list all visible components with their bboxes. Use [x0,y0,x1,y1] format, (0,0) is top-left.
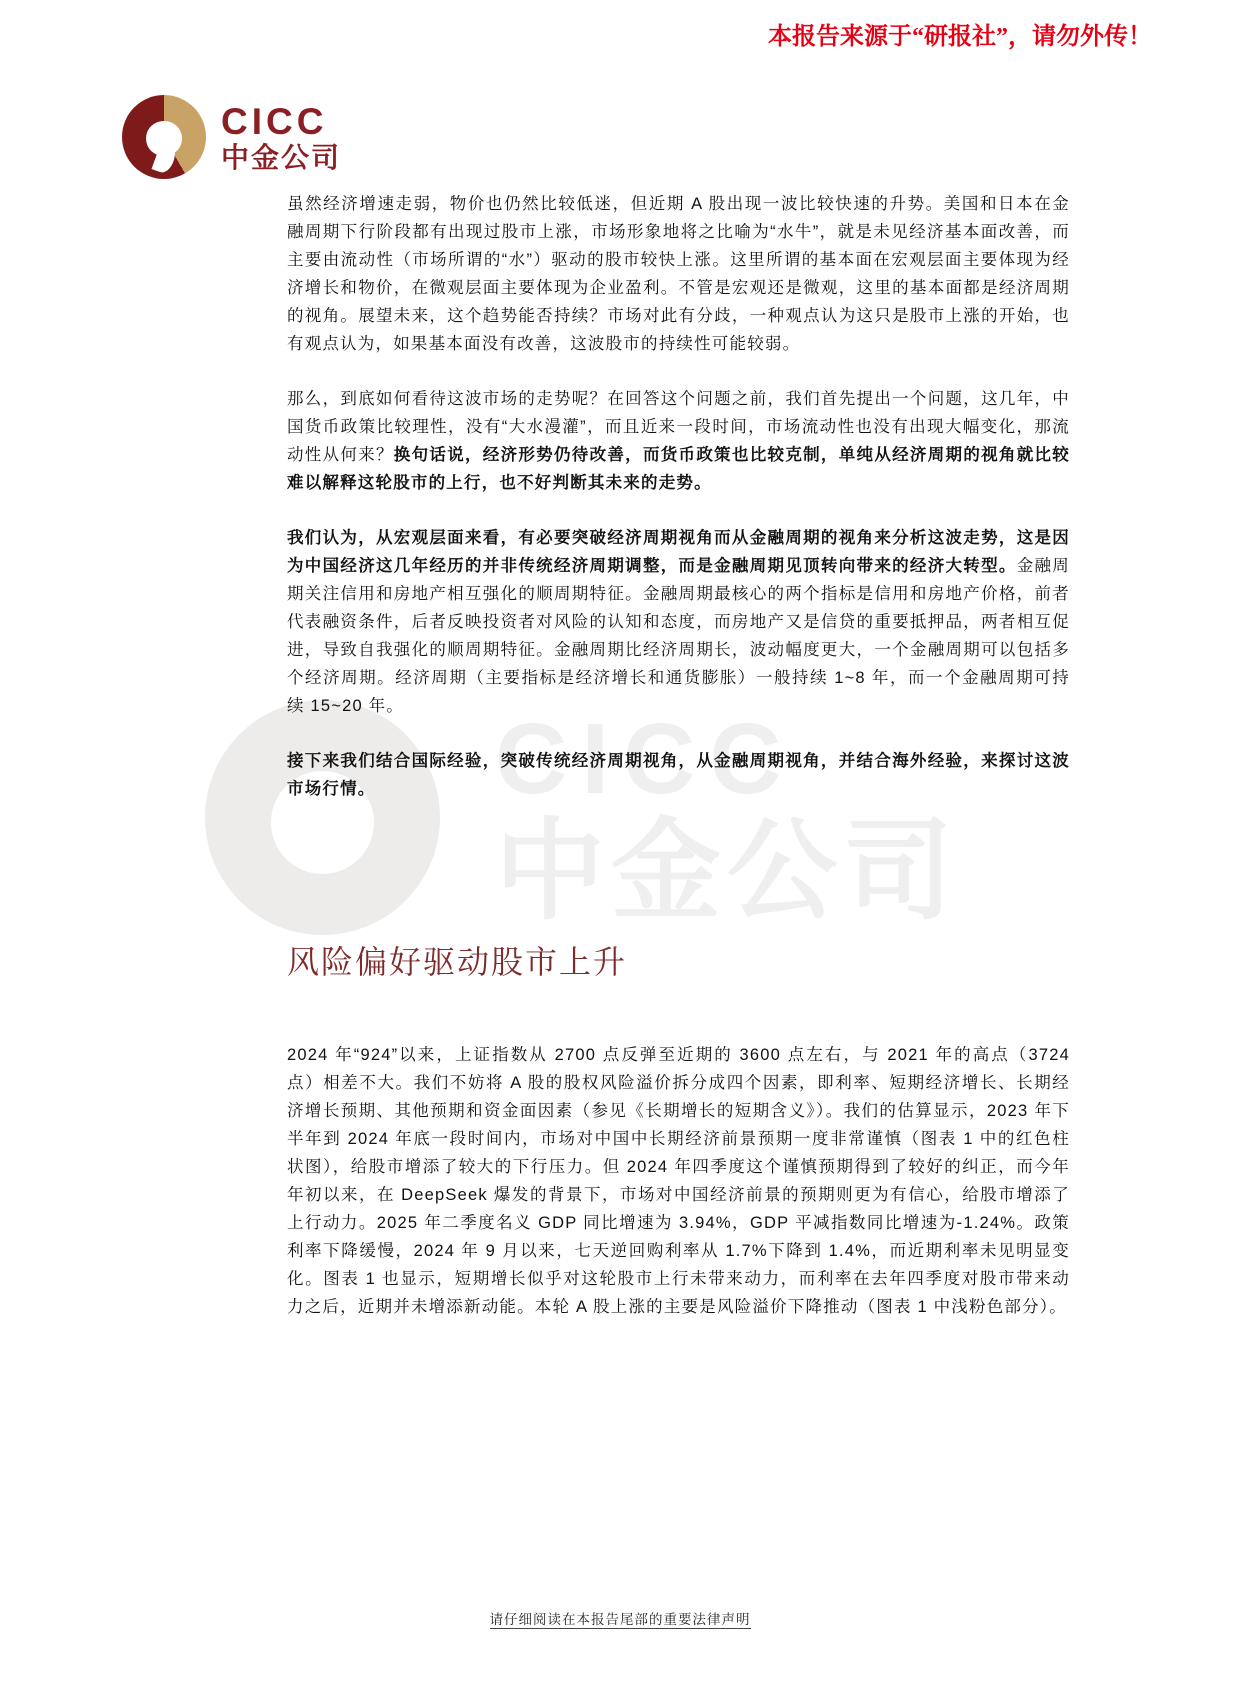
source-notice: 本报告来源于“研报社”，请勿外传！ [768,22,1152,53]
paragraph: 我们认为，从宏观层面来看，有必要突破经济周期视角而从金融周期的视角来分析这波走势… [287,524,1070,720]
paragraph-run: 2024 年“924”以来，上证指数从 2700 点反弹至近期的 3600 点左… [287,1046,1070,1316]
paragraph-run-bold: 我们认为，从宏观层面来看，有必要突破经济周期视角而从金融周期的视角来分析这波走势… [287,529,1070,575]
page-footer: 请仔细阅读在本报告尾部的重要法律声明 [0,1608,1240,1629]
paragraph: 虽然经济增速走弱，物价也仍然比较低迷，但近期 A 股出现一波比较快速的升势。美国… [287,190,1070,358]
paragraph: 接下来我们结合国际经验，突破传统经济周期视角，从金融周期视角，并结合海外经验，来… [287,747,1070,803]
body-paragraphs: 虽然经济增速走弱，物价也仍然比较低迷，但近期 A 股出现一波比较快速的升势。美国… [287,190,1070,803]
cicc-logo-icon [122,95,206,179]
body-paragraphs-after: 2024 年“924”以来，上证指数从 2700 点反弹至近期的 3600 点左… [287,1041,1070,1321]
report-body: 虽然经济增速走弱，物价也仍然比较低迷，但近期 A 股出现一波比较快速的升势。美国… [287,190,1070,1348]
section-title: 风险偏好驱动股市上升 [287,943,1070,981]
cicc-logo: CICC 中金公司 [122,95,341,179]
footer-legal-link[interactable]: 请仔细阅读在本报告尾部的重要法律声明 [490,1612,751,1629]
logo-brand-cn: 中金公司 [221,144,341,172]
paragraph-run: 虽然经济增速走弱，物价也仍然比较低迷，但近期 A 股出现一波比较快速的升势。美国… [287,195,1070,353]
paragraph-run: 金融周期关注信用和房地产相互强化的顺周期特征。金融周期最核心的两个指标是信用和房… [287,557,1070,715]
paragraph-run-bold: 接下来我们结合国际经验，突破传统经济周期视角，从金融周期视角，并结合海外经验，来… [287,752,1070,798]
logo-brand-en: CICC [221,103,341,140]
cicc-logo-text: CICC 中金公司 [221,103,341,172]
paragraph: 那么，到底如何看待这波市场的走势呢？在回答这个问题之前，我们首先提出一个问题，这… [287,385,1070,497]
paragraph: 2024 年“924”以来，上证指数从 2700 点反弹至近期的 3600 点左… [287,1041,1070,1321]
report-page: 本报告来源于“研报社”，请勿外传！ CICC 中金公司 CICC 中金公司 虽然… [0,0,1240,1683]
paragraph-run-bold: 换句话说，经济形势仍待改善，而货币政策也比较克制，单纯从经济周期的视角就比较难以… [287,446,1070,492]
